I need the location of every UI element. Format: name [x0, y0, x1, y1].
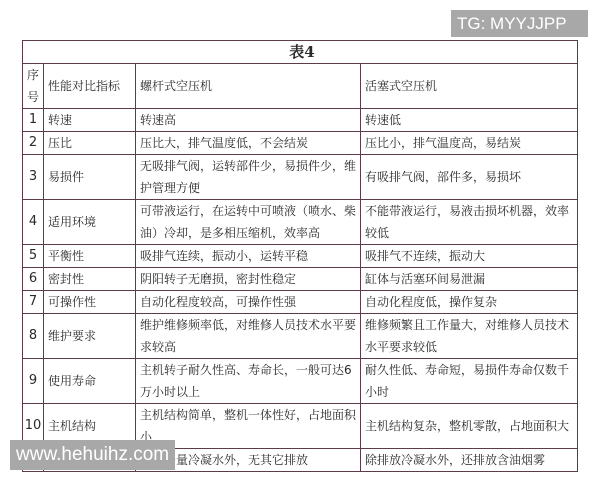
row-piston: 主机结构复杂，整机零散，占地面积大: [361, 404, 578, 449]
row-metric: 压比: [44, 132, 136, 155]
row-screw: 维护维修频率低，对维修人员技术水平要求较高: [136, 314, 361, 359]
row-piston: 吸排气不连续，振动大: [361, 245, 578, 268]
table-title: 表4: [23, 41, 578, 64]
table-row: 3 易损件 无吸排气阀，运转部件少，易损件少，维护管理方便 有吸排气阀，部件多，…: [23, 155, 578, 200]
row-metric: 密封性: [44, 268, 136, 291]
row-piston: 维修频繁且工作量大，对维修人员技术水平要求较低: [361, 314, 578, 359]
header-no: 序号: [23, 64, 44, 109]
table-row: 1 转速 转速高 转速低: [23, 109, 578, 132]
row-screw: 转速高: [136, 109, 361, 132]
row-piston: 压比小，排气温度高，易结炭: [361, 132, 578, 155]
watermark-bottom: www.hehuihz.com: [10, 440, 175, 470]
row-screw: 自动化程度较高，可操作性强: [136, 291, 361, 314]
comparison-table: 表4 序号 性能对比指标 螺杆式空压机 活塞式空压机 1 转速 转速高 转速低 …: [22, 40, 578, 472]
row-screw: 吸排气连续，振动小，运转平稳: [136, 245, 361, 268]
table-row: 4 适用环境 可带液运行，在运转中可喷液（喷水、柴油）冷却，是多相压缩机，效率高…: [23, 200, 578, 245]
row-piston: 转速低: [361, 109, 578, 132]
table-row: 2 压比 压比大，排气温度低，不会结炭 压比小，排气温度高，易结炭: [23, 132, 578, 155]
header-screw: 螺杆式空压机: [136, 64, 361, 109]
row-no: 6: [23, 268, 44, 291]
table-row: 7 可操作性 自动化程度较高，可操作性强 自动化程度低，操作复杂: [23, 291, 578, 314]
row-screw: 压比大，排气温度低，不会结炭: [136, 132, 361, 155]
row-no: 1: [23, 109, 44, 132]
row-metric: 平衡性: [44, 245, 136, 268]
row-no: 5: [23, 245, 44, 268]
row-piston: 不能带液运行，易液击损坏机器，效率较低: [361, 200, 578, 245]
header-piston: 活塞式空压机: [361, 64, 578, 109]
row-screw: 可带液运行，在运转中可喷液（喷水、柴油）冷却，是多相压缩机，效率高: [136, 200, 361, 245]
row-metric: 维护要求: [44, 314, 136, 359]
table-row: 6 密封性 阴阳转子无磨损，密封性稳定 缸体与活塞环间易泄漏: [23, 268, 578, 291]
row-no: 2: [23, 132, 44, 155]
row-piston: 缸体与活塞环间易泄漏: [361, 268, 578, 291]
row-screw: 阴阳转子无磨损，密封性稳定: [136, 268, 361, 291]
row-no: 8: [23, 314, 44, 359]
header-metric: 性能对比指标: [44, 64, 136, 109]
row-piston: 有吸排气阀，部件多，易损坏: [361, 155, 578, 200]
table-row: 8 维护要求 维护维修频率低，对维修人员技术水平要求较高 维修频繁且工作量大，对…: [23, 314, 578, 359]
row-no: 7: [23, 291, 44, 314]
row-metric: 适用环境: [44, 200, 136, 245]
row-piston: 除排放冷凝水外，还排放含油烟雾: [361, 449, 578, 472]
row-piston: 自动化程度低，操作复杂: [361, 291, 578, 314]
row-screw: 无吸排气阀，运转部件少，易损件少，维护管理方便: [136, 155, 361, 200]
table-row: 9 使用寿命 主机转子耐久性高、寿命长，一般可达6万小时以上 耐久性低、寿命短，…: [23, 359, 578, 404]
row-metric: 易损件: [44, 155, 136, 200]
table-header-row: 序号 性能对比指标 螺杆式空压机 活塞式空压机: [23, 64, 578, 109]
row-metric: 使用寿命: [44, 359, 136, 404]
row-no: 3: [23, 155, 44, 200]
table-title-row: 表4: [23, 41, 578, 64]
table-row: 5 平衡性 吸排气连续，振动小，运转平稳 吸排气不连续，振动大: [23, 245, 578, 268]
row-no: 9: [23, 359, 44, 404]
row-metric: 可操作性: [44, 291, 136, 314]
row-screw: 主机转子耐久性高、寿命长，一般可达6万小时以上: [136, 359, 361, 404]
row-metric: 转速: [44, 109, 136, 132]
row-no: 4: [23, 200, 44, 245]
row-piston: 耐久性低、寿命短，易损件寿命仅数千小时: [361, 359, 578, 404]
watermark-top: TG: MYYJJPP: [451, 10, 588, 37]
